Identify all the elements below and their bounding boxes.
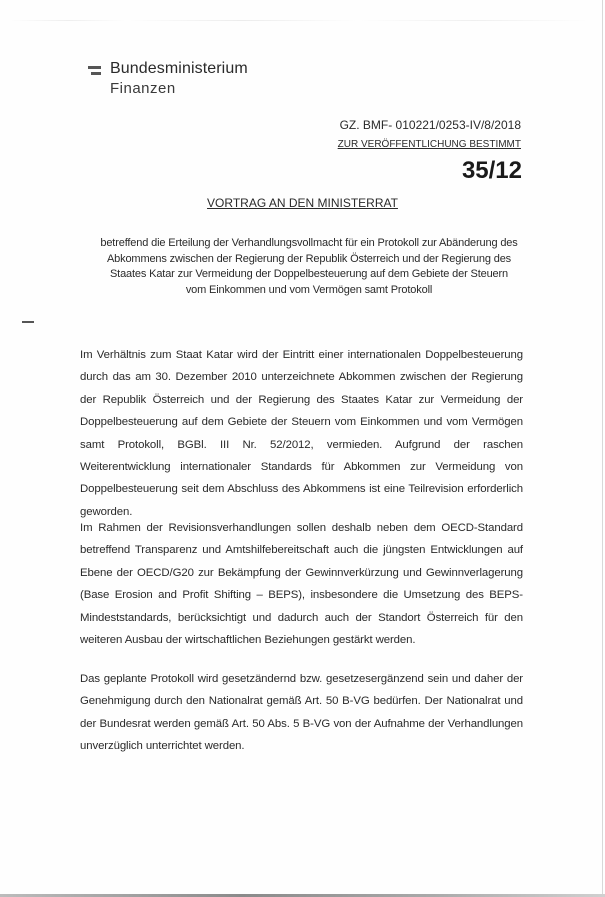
- subject-line: vom Einkommen und vom Vermögen samt Prot…: [92, 283, 526, 299]
- reference-number: GZ. BMF- 010221/0253-IV/8/2018: [340, 118, 521, 132]
- document-number: 35/12: [462, 157, 522, 185]
- document-title: VORTRAG AN DEN MINISTERRAT: [0, 196, 605, 210]
- paragraph-1: Im Verhältnis zum Staat Katar wird der E…: [80, 344, 523, 523]
- document-page: Bundesministerium Finanzen GZ. BMF- 0102…: [0, 0, 605, 897]
- ministry-department: Finanzen: [110, 80, 176, 97]
- paragraph-3: Das geplante Protokoll wird gesetzändern…: [80, 668, 523, 758]
- austrian-flag-bars-icon: [88, 66, 101, 76]
- publication-note: ZUR VERÖFFENTLICHUNG BESTIMMT: [338, 139, 521, 150]
- page-edge-right: [602, 0, 603, 897]
- document-subject: betreffend die Erteilung der Verhandlung…: [92, 236, 526, 298]
- ministry-name: Bundesministerium: [110, 60, 248, 78]
- subject-line: betreffend die Erteilung der Verhandlung…: [92, 236, 526, 252]
- paragraph-2: Im Rahmen der Revisionsverhandlungen sol…: [80, 517, 523, 651]
- subject-line: Abkommens zwischen der Regierung der Rep…: [92, 252, 526, 268]
- margin-mark: [22, 321, 34, 323]
- subject-line: Staates Katar zur Vermeidung der Doppelb…: [92, 267, 526, 283]
- scan-artifact: [10, 20, 590, 21]
- document-title-text: VORTRAG AN DEN MINISTERRAT: [207, 196, 398, 210]
